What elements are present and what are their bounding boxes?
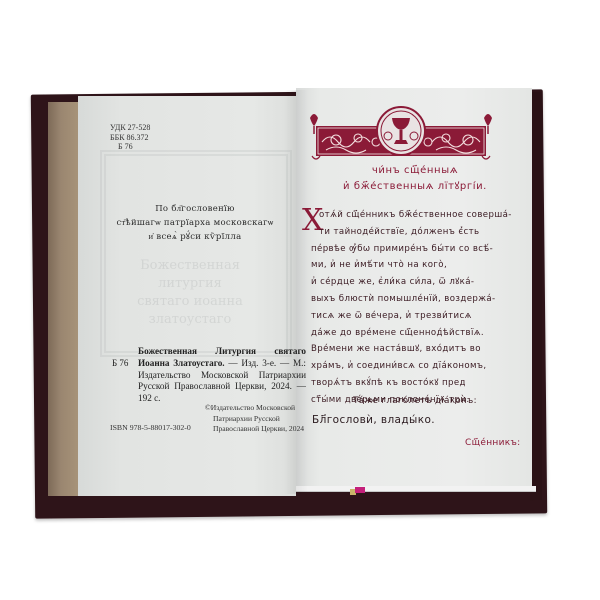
text-line: и҆ се́рдце же, є҆ли́ка си́ла, ѿ лꙋка́- [311, 274, 521, 291]
text-line: тисѧ же ѿ ве́чера, и҆ трезви́тисѧ [311, 308, 521, 325]
deacon-line: Бл҃гословѝ, влады́ко. [312, 414, 435, 426]
page-block-edge [296, 486, 536, 492]
priest-label: Сщ҃е́нникъ: [465, 438, 520, 448]
text-line: отѧ́й сщ҃е́нникъ бж҃е́ственное соверша́- [311, 207, 521, 224]
text-line: ти тайноде́йствїе, до́лженъ є҆́сть [311, 224, 521, 241]
text-line: да́же до вре́мене сщ҃еннод́ѣйствїѧ. [311, 325, 521, 342]
isbn: ISBN 978-5-88017-302-0 [110, 423, 191, 432]
text-line: хра́мъ, и҆ соедини́всѧ со дїа́кономъ, [311, 358, 521, 375]
bib-code: Б 76 [112, 358, 128, 368]
author-sign: Б 76 [110, 142, 150, 152]
text-line: творѧ́тъ вкꙋ́пѣ къ восто́кꙋ пред [311, 375, 521, 392]
bbk-code: ББК 86.372 [110, 133, 150, 143]
title-line: и҆ бж҃е́ственныѧ лїтꙋргі́и. [300, 179, 530, 195]
text-line: выхъ блюстѝ помышле́нїй, воздержа́- [311, 291, 521, 308]
blessing-block: По бл҃гословенїю ст҃ѣйшагѡ патрїарха мос… [100, 202, 290, 244]
rubric-text: отѧ́й сщ҃е́нникъ бж҃е́ственное соверша́-… [311, 207, 521, 409]
text-line: Вре́мени же наста́вшꙋ, вхо́дитъ во [311, 341, 521, 358]
copyright-block: ©Издательство Московской Патриархии Русс… [205, 403, 315, 435]
service-title: чи́нъ сщ҃е́нныѧ и҆ бж҃е́ственныѧ лїтꙋргі… [300, 163, 530, 195]
blessing-line: По бл҃гословенїю [100, 202, 290, 216]
endpaper [48, 102, 80, 496]
bibliographic-record: Божественная Литургия святаго Иоанна Зла… [138, 346, 306, 405]
blessing-line: ст҃ѣйшагѡ патрїарха московскагѡ [100, 216, 290, 230]
show-through-text: Божественная [120, 258, 260, 273]
text-line: пе́рвѣе ѹ҆́бѡ примире́нъ бы́ти со всѣ́- [311, 241, 521, 258]
copyright-line: Патриархии Русской [205, 414, 315, 425]
show-through-text: златоустаго [120, 312, 260, 327]
copyright-line: Православной Церкви, 2024 [205, 424, 315, 435]
udk-code: УДК 27-528 [110, 123, 150, 133]
classification-codes: УДК 27-528 ББК 86.372 Б 76 [110, 123, 150, 152]
title-line: чи́нъ сщ҃е́нныѧ [300, 163, 530, 179]
ornamental-headpiece-icon [306, 104, 496, 162]
rubric-deacon: Та́же глаго́летъ дїа́конъ: [300, 396, 530, 406]
copyright-line: ©Издательство Московской [205, 403, 315, 414]
text-line: ми, и҆ не и҆мѣ́ти что̀ на кого̀, [311, 257, 521, 274]
show-through-text: литургия [120, 276, 260, 291]
show-through-text: святаго иоанна [120, 294, 260, 309]
bookmark-ribbon-pink [355, 487, 365, 493]
blessing-line: и҆ всеѧ̀ рꙋ́си кѷрїлла [100, 230, 290, 244]
